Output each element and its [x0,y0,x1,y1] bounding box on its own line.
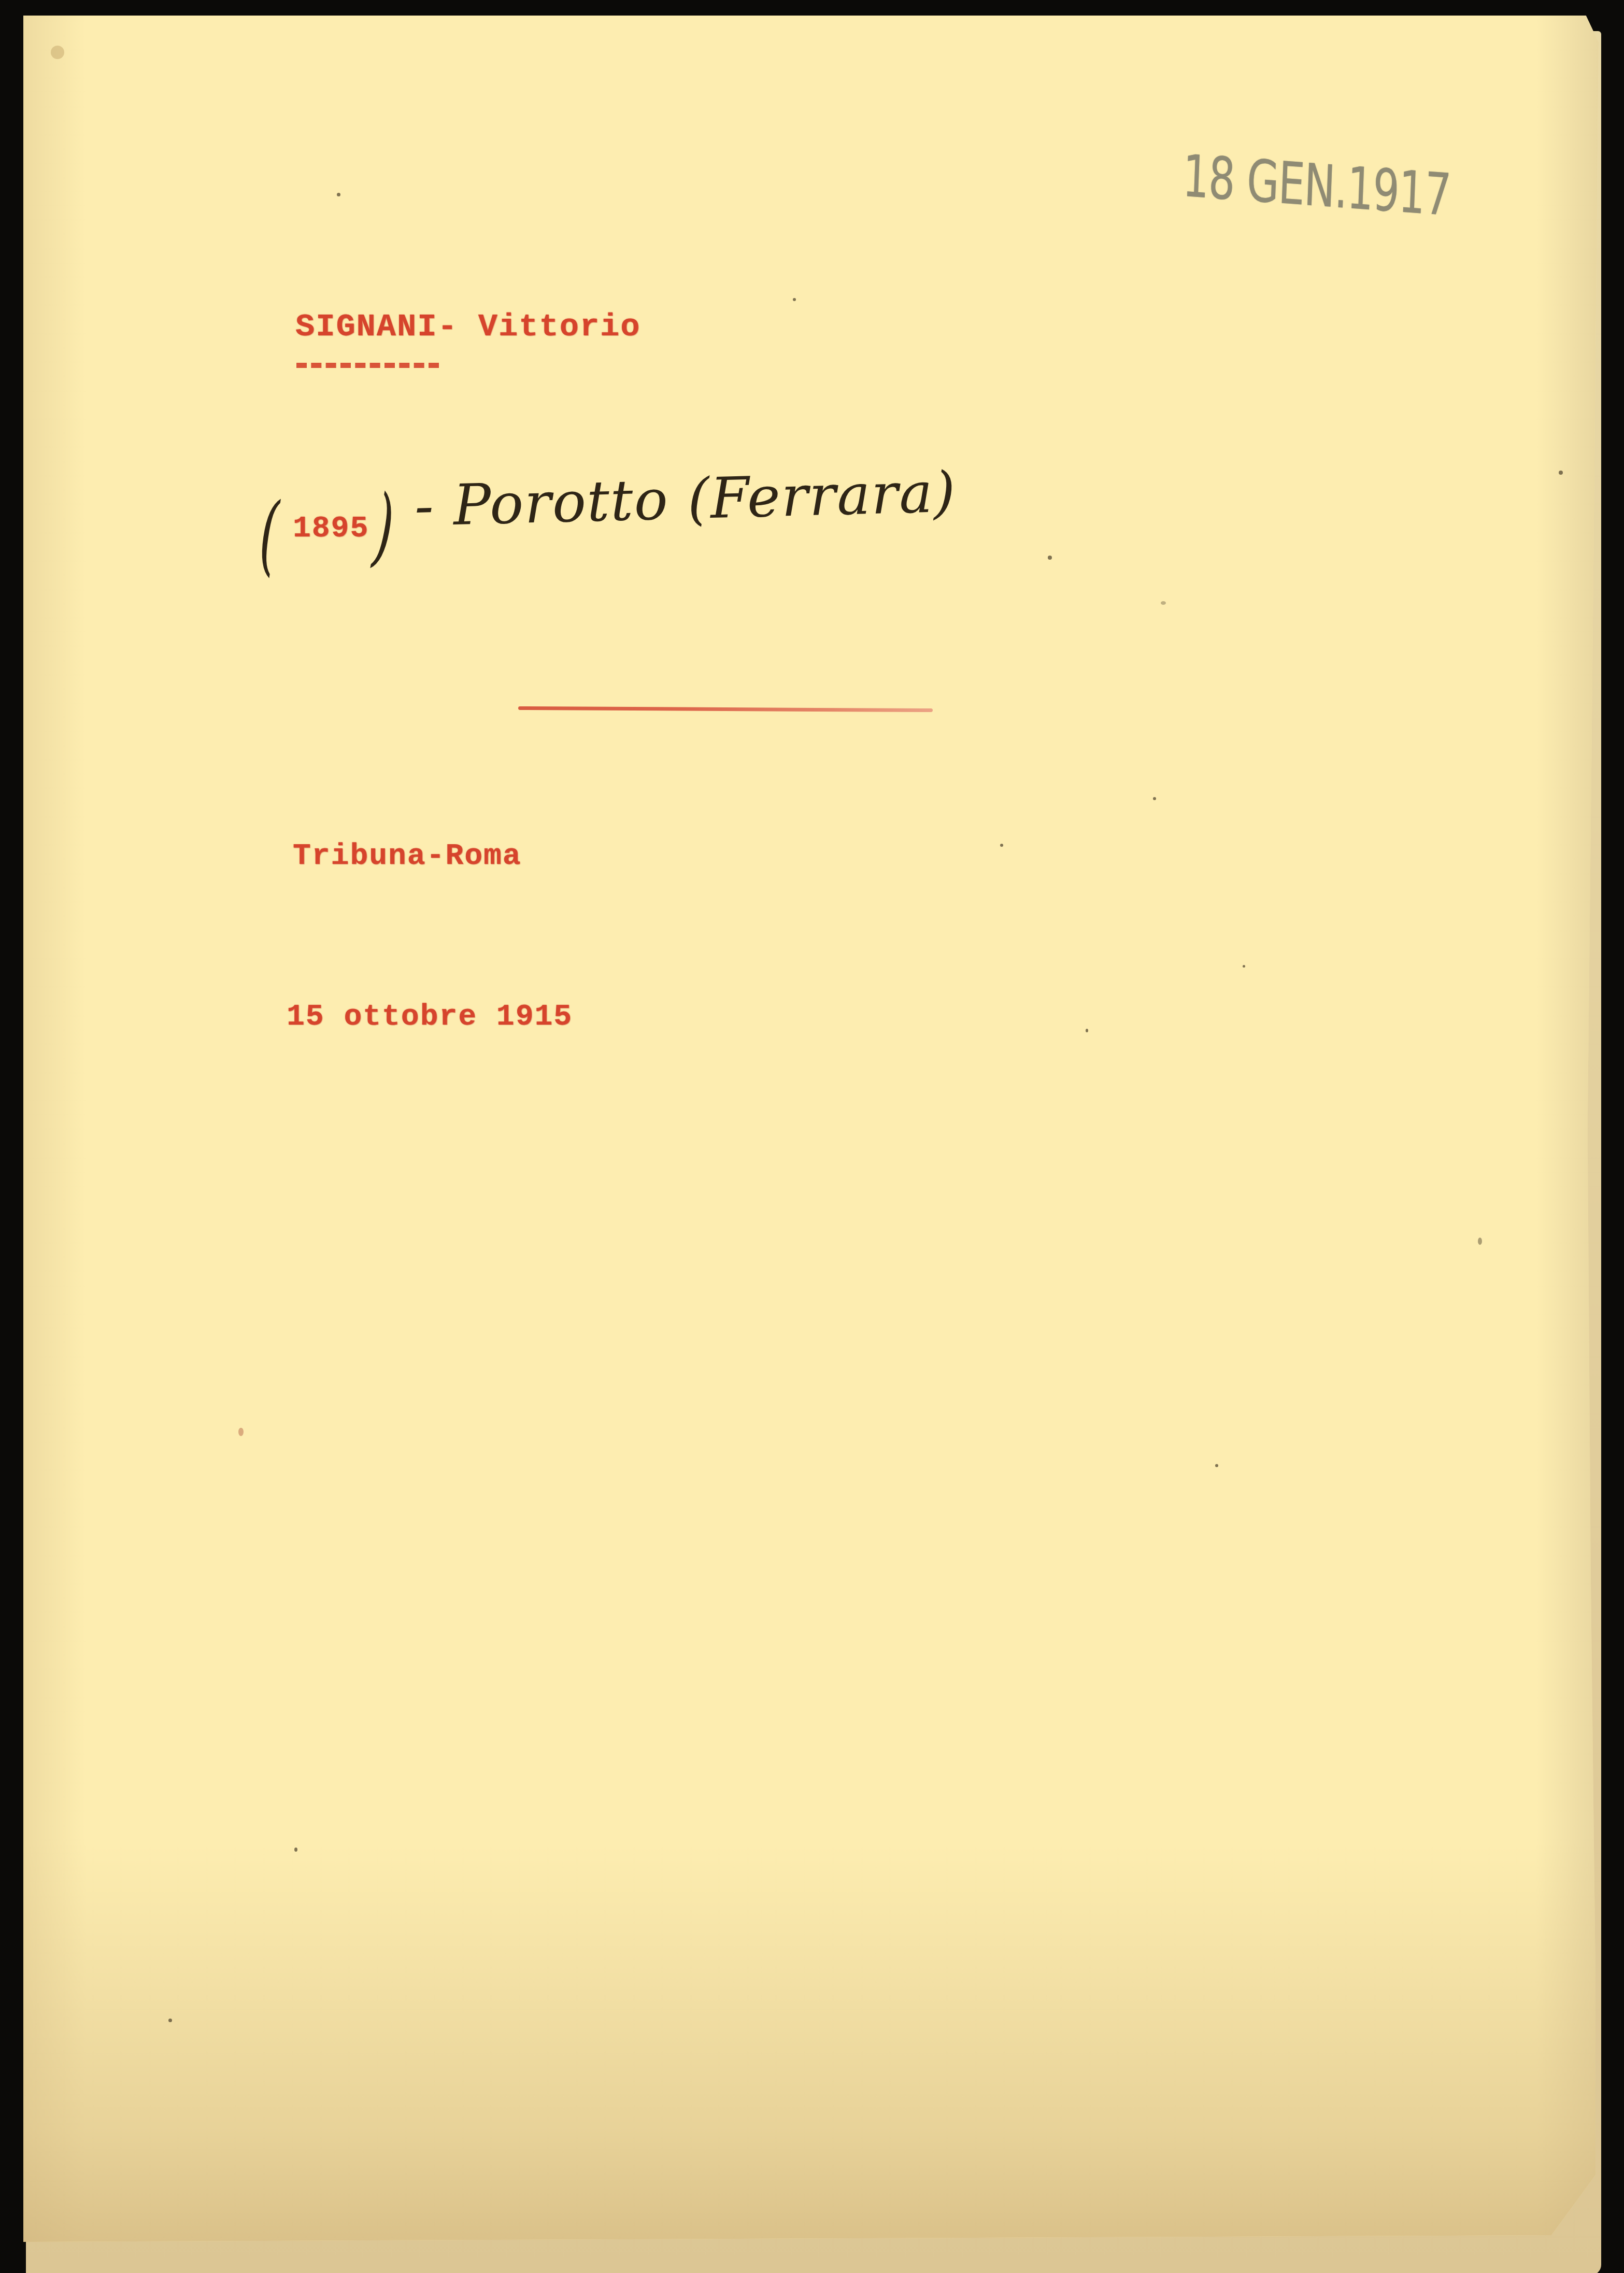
paper-speck [793,298,796,301]
source-publication: Tribuna-Roma [293,840,522,873]
paper-speck [1243,965,1245,968]
birth-year: 1895 [293,512,369,546]
paper-speck [1478,1238,1482,1245]
paper-stain [51,46,64,59]
paper-speck [168,2019,172,2022]
source-date: 15 ottobre 1915 [287,1000,573,1034]
paper-speck [1161,601,1166,605]
paper-speck [337,193,340,196]
scanned-document: 18 GEN.1917 SIGNANI- Vittorio ( 1895 ) -… [0,0,1624,2273]
paper-speck [1559,471,1563,475]
paper-speck [1086,1029,1088,1032]
birth-paren-open: ( [258,482,280,587]
paper-speck [1048,556,1052,560]
subject-name: SIGNANI- Vittorio [295,308,641,345]
paper-speck [1215,1464,1218,1467]
paper-speck [1153,797,1156,800]
paper-speck [294,1848,297,1852]
name-underline [296,363,439,368]
paper-sheet [23,16,1599,2242]
paper-speck [238,1428,244,1436]
paper-speck [1000,844,1003,847]
